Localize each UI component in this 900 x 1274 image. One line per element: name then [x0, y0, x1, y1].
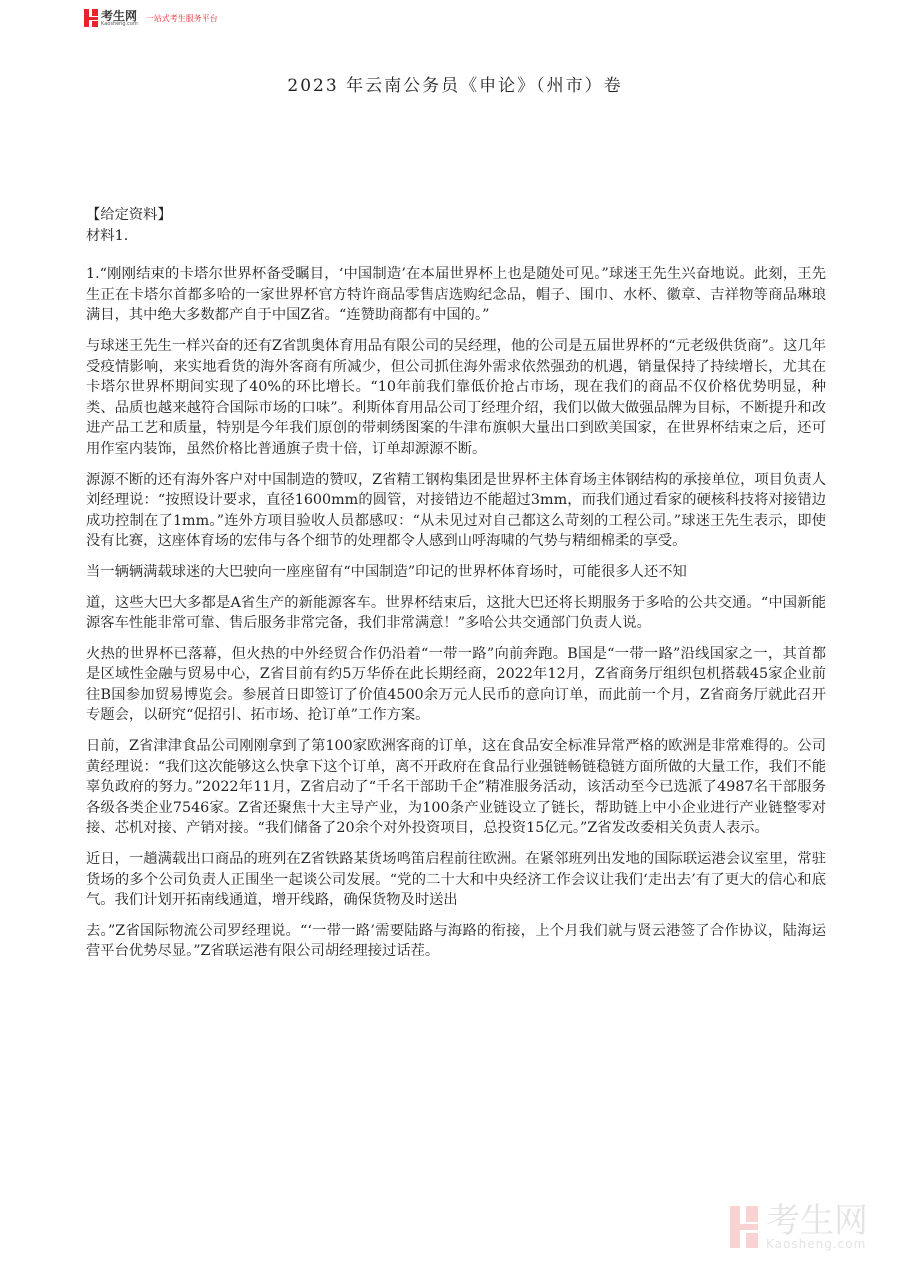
- brand-slogan: 一站式考生服务平台: [146, 13, 218, 24]
- kaosheng-logo-icon: [84, 9, 98, 27]
- watermark-text: 考生网 Kaosheng.com: [766, 1204, 868, 1250]
- document-body: 【给定资料】 材料1. 1.“刚刚结束的卡塔尔世界杯备受瞩目，‘中国制造’在本届…: [86, 205, 826, 972]
- paragraph: 与球迷王先生一样兴奋的还有Z省凯奥体育用品有限公司的吴经理，他的公司是五届世界杯…: [86, 336, 826, 460]
- paragraph: 日前，Z省津津食品公司刚刚拿到了第100家欧洲客商的订单，这在食品安全标准异常严…: [86, 736, 826, 839]
- paragraph: 源源不断的还有海外客户对中国制造的赞叹，Z省精工钢构集团是世界杯主体育场主体钢结…: [86, 470, 826, 552]
- site-header: 考生网 Kaosheng.com 一站式考生服务平台: [84, 6, 218, 30]
- paragraph: 近日，一趟满载出口商品的班列在Z省铁路某货场鸣笛启程前往欧洲。在紧邻班列出发地的…: [86, 849, 826, 911]
- paragraph: 当一辆辆满载球迷的大巴驶向一座座留有“中国制造”印记的世界杯体育场时，可能很多人…: [86, 562, 826, 583]
- document-title: 2023 年云南公务员《申论》（州市）卷: [0, 71, 900, 96]
- watermark: 考生网 Kaosheng.com: [730, 1204, 868, 1250]
- brand-name-en: Kaosheng.com: [101, 22, 138, 27]
- watermark-brand-cn: 考生网: [766, 1204, 868, 1238]
- watermark-brand-en: Kaosheng.com: [766, 1238, 868, 1250]
- paragraph: 火热的世界杯已落幕，但火热的中外经贸合作仍沿着“一带一路”向前奔跑。B国是“一带…: [86, 644, 826, 726]
- brand-logo-text: 考生网 Kaosheng.com: [101, 10, 138, 27]
- paragraph: 1.“刚刚结束的卡塔尔世界杯备受瞩目，‘中国制造’在本届世界杯上也是随处可见。”…: [86, 264, 826, 326]
- brand-name-cn: 考生网: [101, 10, 138, 22]
- section-label: 【给定资料】: [86, 205, 826, 226]
- paragraph: 去。”Z省国际物流公司罗经理说。“‘一带一路’需要陆路与海路的衔接，上个月我们就…: [86, 921, 826, 962]
- paragraph: 道，这些大巴大多都是A省生产的新能源客车。世界杯结束后，这批大巴还将长期服务于多…: [86, 593, 826, 634]
- watermark-logo-icon: [730, 1206, 758, 1248]
- material-label: 材料1.: [86, 226, 826, 247]
